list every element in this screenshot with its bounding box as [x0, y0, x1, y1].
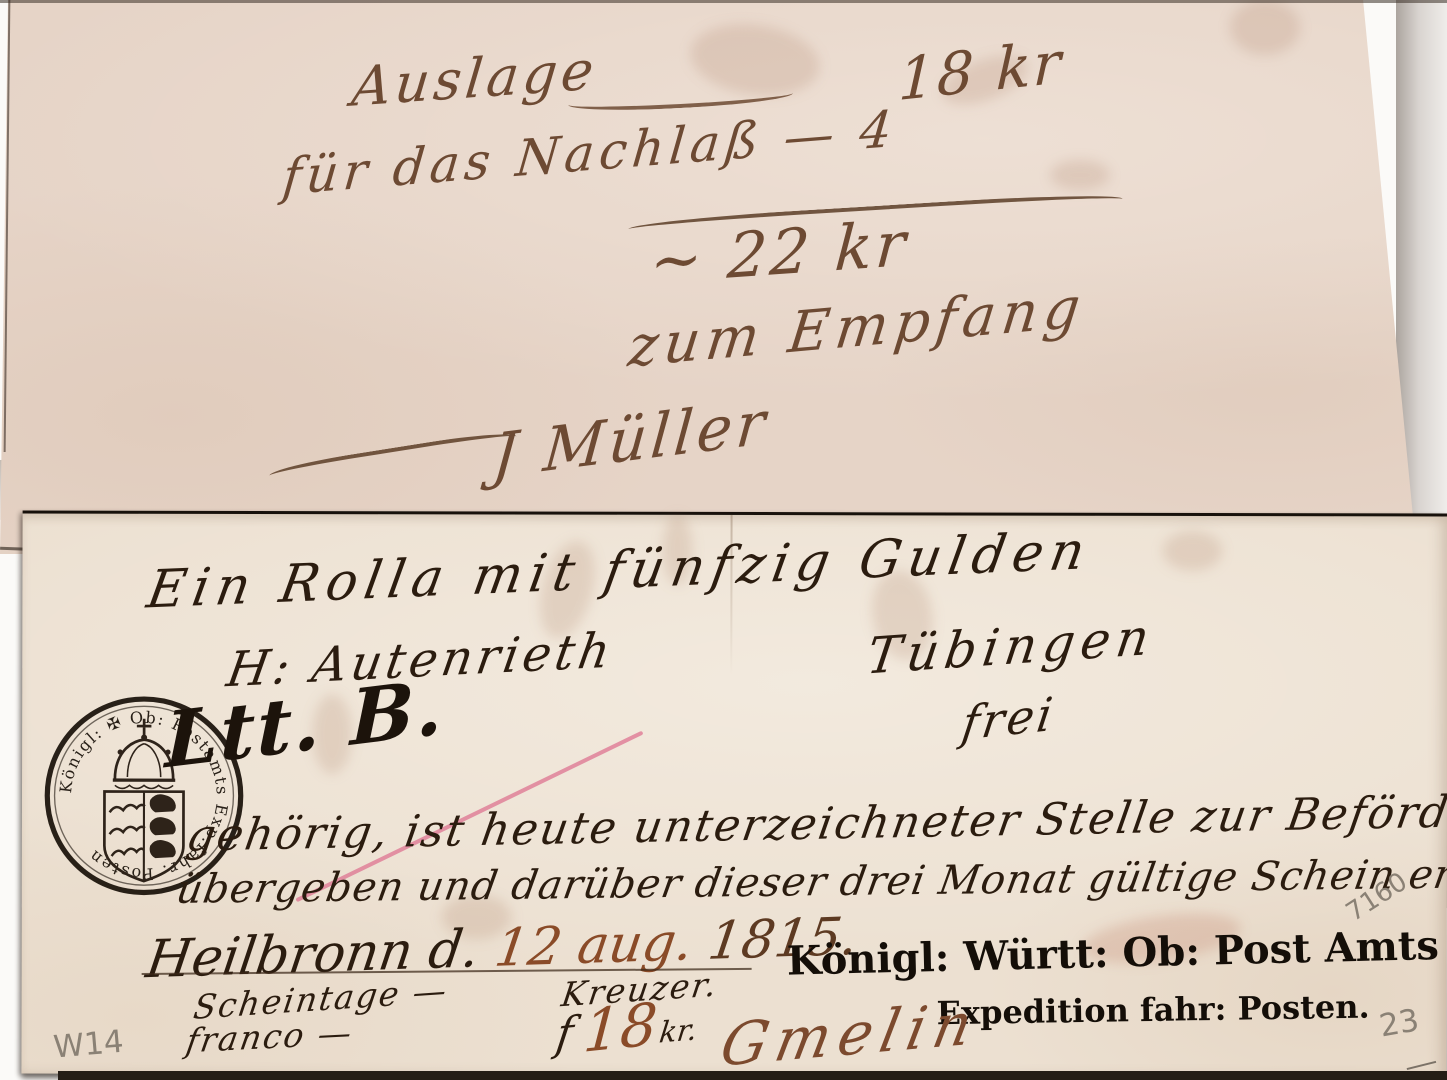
top-receipt-document: Auslage 18 kr für das Nachlaß — 4 ∼ 22 k… [0, 0, 1447, 554]
bottom-postal-receipt-document: Königl: ✠ Ob: Postamts Exp:fahr: Posten [21, 511, 1447, 1077]
paper-edge [4, 0, 11, 452]
handwriting-kr-unit: kr. [658, 1015, 699, 1048]
handwriting-franco-label: franco — [184, 1016, 356, 1058]
signature-mueller: J Müller [490, 393, 771, 488]
signature-gmelin: Gmelin [716, 994, 985, 1075]
pencil-note-w14: W14 [52, 1027, 124, 1064]
handwriting-total-22kr: ∼ 22 kr [648, 213, 910, 293]
pencil-dash-mark [1407, 1061, 1437, 1070]
fraktur-office-line2: Expedition fahr: Posten. [936, 991, 1370, 1030]
handwriting-florin-symbol: f [553, 1011, 576, 1058]
handwriting-expense-label: Auslage [349, 43, 600, 115]
handwriting-frei-note: frei [959, 690, 1058, 746]
ink-smudge [1162, 531, 1222, 571]
fraktur-office-line1: Königl: Württ: Ob: Post Amts [786, 926, 1439, 982]
handwriting-second-line: für das Nachlaß — 4 [281, 104, 899, 203]
signature-flourish [268, 429, 517, 484]
handwriting-body-line2: übergeben und darüber dieser drei Monat … [174, 851, 1447, 910]
ink-smudge [1230, 0, 1300, 55]
handwriting-body-line1: gehörig, ist heute unterzeichneter Stell… [184, 788, 1447, 859]
ink-smudge [1050, 160, 1110, 190]
pencil-note-23: 23 [1377, 1005, 1421, 1042]
pen-flourish [568, 84, 794, 114]
bottom-scan-shadow [58, 1071, 1447, 1080]
place-date-line: Heilbronn d. 12 aug. 1815. [143, 911, 861, 987]
top-scan-edge [0, 0, 1447, 3]
scanned-postal-documents: Auslage 18 kr für das Nachlaß — 4 ∼ 22 k… [0, 0, 1447, 1080]
seal-coat-of-arms-icon [104, 792, 183, 882]
handwriting-amount-18kr: 18 kr [897, 33, 1063, 109]
handwriting-lit-b-mark: Ltt. B. [164, 669, 445, 779]
handwriting-consignment-line: Ein Rolla mit fünfzig Gulden [143, 525, 1095, 617]
handwriting-fee-amount: 18 [582, 995, 660, 1061]
